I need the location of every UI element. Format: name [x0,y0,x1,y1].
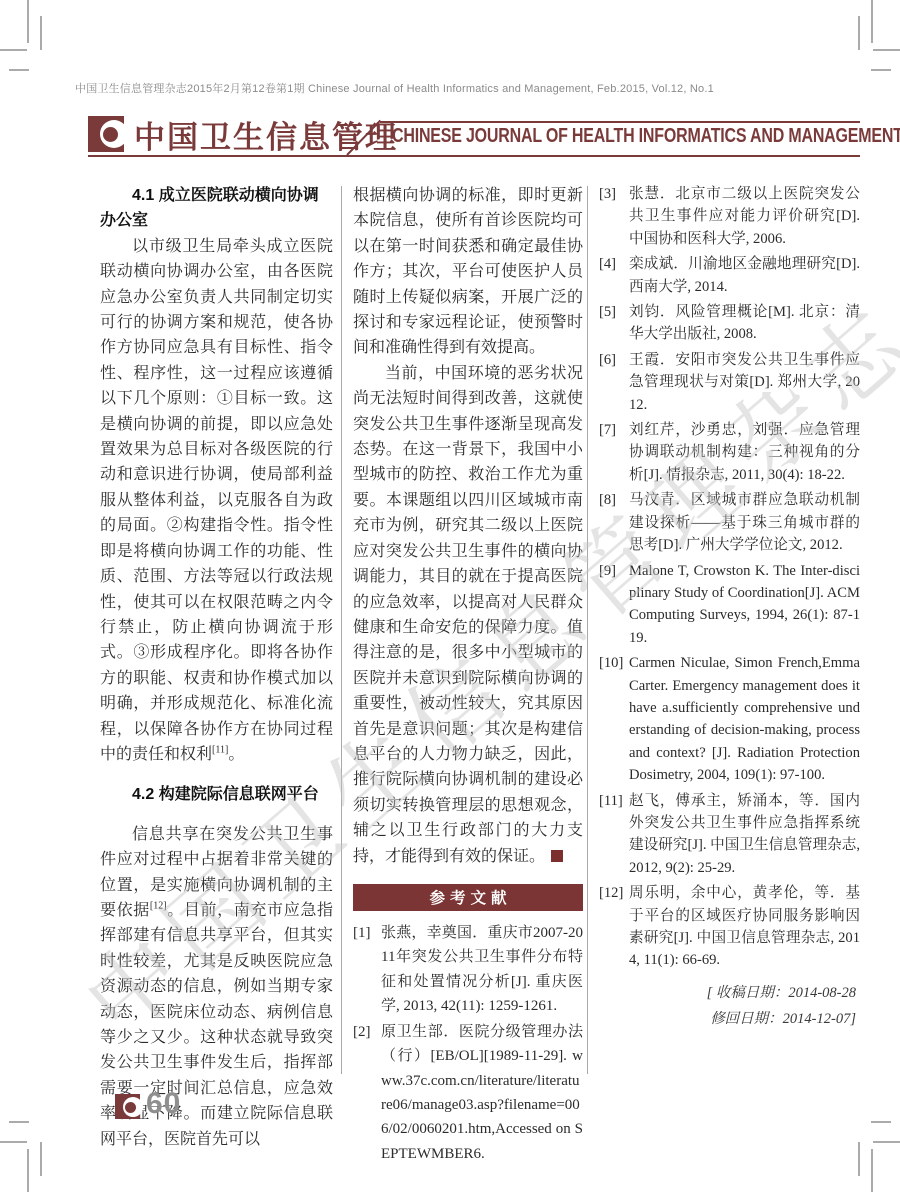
reference-text: 刘钧．风险管理概论[M]. 北京：清华大学出版社, 2008. [629,301,860,346]
paragraph-continuation: 根据横向协调的标准，即时更新本院信息，使所有首诊医院均可以在第一时间获悉和确定最… [353,183,583,361]
reference-number: [10] [599,652,629,786]
reference-number: [12] [599,882,629,972]
reference-text: 王霞．安阳市突发公共卫生事件应急管理现状与对策[D]. 郑州大学, 2012. [629,349,860,416]
article-end-mark [551,850,563,862]
reference-number: [1] [353,921,381,1018]
crop-mark [858,16,860,50]
crop-mark [873,1141,900,1143]
reference-text: 赵飞，傅承主，矫涌本，等．国内外突发公共卫生事件应急指挥系统建设研究[J]. 中… [629,790,860,880]
section-heading-4-2: 4.2 构建院际信息联网平台 [100,782,333,807]
citation-superscript: [11] [212,745,228,756]
crop-mark [858,1142,860,1176]
reference-text: Malone T, Crowston K. The Inter-discipli… [629,560,860,650]
reference-text: 周乐明，余中心，黄孝伦，等．基于平台的区域医疗协同服务影响因素研究[J]. 中国… [629,882,860,972]
article-column-1: 4.1 成立医院联动横向协调办公室 以市级卫生局牵头成立医院联动横向协调办公室，… [100,183,333,1152]
crop-mark [0,1141,27,1143]
reference-text: Carmen Niculae, Simon French,Emma Carter… [629,652,860,786]
journal-title-en: CHINESE JOURNAL OF HEALTH INFORMATICS AN… [392,126,862,149]
reference-text: 刘红芹，沙勇忠，刘强．应急管理协调联动机制构建：三种视角的分析[J]. 情报杂志… [629,419,860,486]
crop-mark [27,1149,29,1192]
revised-date-line: 修回日期：2014-12-07] [599,1006,856,1032]
masthead-rule-top [380,121,860,123]
reference-item: [12] 周乐明，余中心，黄孝伦，等．基于平台的区域医疗协同服务影响因素研究[J… [599,882,860,972]
page-number: 60 [146,1087,181,1121]
received-date-line: [ 收稿日期：2014-08-28 [599,980,856,1006]
reference-item: [4] 栾成斌．川渝地区金融地理研究[D]. 西南大学, 2014. [599,253,860,298]
paragraph-text: 。 [228,746,244,763]
reference-text: 栾成斌．川渝地区金融地理研究[D]. 西南大学, 2014. [629,253,860,298]
reference-number: [2] [353,1020,381,1166]
paragraph-conclusion: 当前，中国环境的恶劣状况尚无法短时间得到改善，这就使突发公共卫生事件逐渐呈现高发… [353,361,583,869]
section-heading-4-1: 4.1 成立医院联动横向协调办公室 [100,183,333,234]
references-header-bar: 参考文献 [353,884,583,911]
reference-number: [7] [599,419,629,486]
article-column-2: 根据横向协调的标准，即时更新本院信息，使所有首诊医院均可以在第一时间获悉和确定最… [353,183,583,1168]
reference-text: 张慧．北京市二级以上医院突发公共卫生事件应对能力评价研究[D]. 中国协和医科大… [629,183,860,250]
article-column-3: [3] 张慧．北京市二级以上医院突发公共卫生事件应对能力评价研究[D]. 中国协… [599,183,860,1032]
paragraph-text: 当前，中国环境的恶劣状况尚无法短时间得到改善，这就使突发公共卫生事件逐渐呈现高发… [353,365,583,865]
column-divider [341,186,342,1074]
reference-item: [6] 王霞．安阳市突发公共卫生事件应急管理现状与对策[D]. 郑州大学, 20… [599,349,860,416]
journal-info-line: 中国卫生信息管理杂志2015年2月第12卷第1期 Chinese Journal… [75,80,875,96]
crop-mark [0,49,27,51]
crop-mark [871,0,873,43]
reference-text: 马汶青．区域城市群应急联动机制建设探析——基于珠三角城市群的思考[D]. 广州大… [629,489,860,556]
reference-item: [5] 刘钧．风险管理概论[M]. 北京：清华大学出版社, 2008. [599,301,860,346]
reference-number: [11] [599,790,629,880]
journal-logo-icon [88,116,124,152]
paragraph-4-1: 以市级卫生局牵头成立医院联动横向协调办公室，由各医院应急办公室负责人共同制定切实… [100,234,333,768]
journal-title-cn: 中国卫生信息管理 [134,112,398,157]
crop-mark [9,1121,29,1123]
reference-text: 原卫生部．医院分级管理办法（行）[EB/OL][1989-11-29]. www… [381,1020,583,1166]
crop-mark [40,1142,42,1176]
crop-mark [27,0,29,43]
crop-mark [40,16,42,50]
reference-item: [7] 刘红芹，沙勇忠，刘强．应急管理协调联动机制构建：三种视角的分析[J]. … [599,419,860,486]
masthead-rule-bottom [88,155,860,157]
crop-mark [873,49,900,51]
reference-item: [1] 张燕，幸奠国．重庆市2007-2011年突发公共卫生事件分布特征和处置情… [353,921,583,1018]
reference-item: [3] 张慧．北京市二级以上医院突发公共卫生事件应对能力评价研究[D]. 中国协… [599,183,860,250]
paragraph-text: 以市级卫生局牵头成立医院联动横向协调办公室，由各医院应急办公室负责人共同制定切实… [100,238,333,763]
crop-mark [871,69,891,71]
reference-number: [9] [599,560,629,650]
reference-number: [5] [599,301,629,346]
reference-item: [8] 马汶青．区域城市群应急联动机制建设探析——基于珠三角城市群的思考[D].… [599,489,860,556]
crop-mark [871,1121,891,1123]
crop-mark [871,1149,873,1192]
column-divider [587,186,588,1074]
footer-logo-icon [115,1094,140,1119]
reference-item: [9] Malone T, Crowston K. The Inter-disc… [599,560,860,650]
reference-number: [8] [599,489,629,556]
journal-page: 中国卫生信息管理杂志2015年2月第12卷第1期 Chinese Journal… [0,0,900,1192]
reference-item: [2] 原卫生部．医院分级管理办法（行）[EB/OL][1989-11-29].… [353,1020,583,1166]
manuscript-dates: [ 收稿日期：2014-08-28 修回日期：2014-12-07] [599,980,860,1032]
reference-number: [4] [599,253,629,298]
reference-item: [11] 赵飞，傅承主，矫涌本，等．国内外突发公共卫生事件应急指挥系统建设研究[… [599,790,860,880]
citation-superscript: [12] [150,901,167,912]
crop-mark [9,69,29,71]
reference-item: [10] Carmen Niculae, Simon French,Emma C… [599,652,860,786]
reference-number: [3] [599,183,629,250]
reference-text: 张燕，幸奠国．重庆市2007-2011年突发公共卫生事件分布特征和处置情况分析[… [381,921,583,1018]
masthead: 中国卫生信息管理 CHINESE JOURNAL OF HEALTH INFOR… [0,104,900,164]
reference-number: [6] [599,349,629,416]
